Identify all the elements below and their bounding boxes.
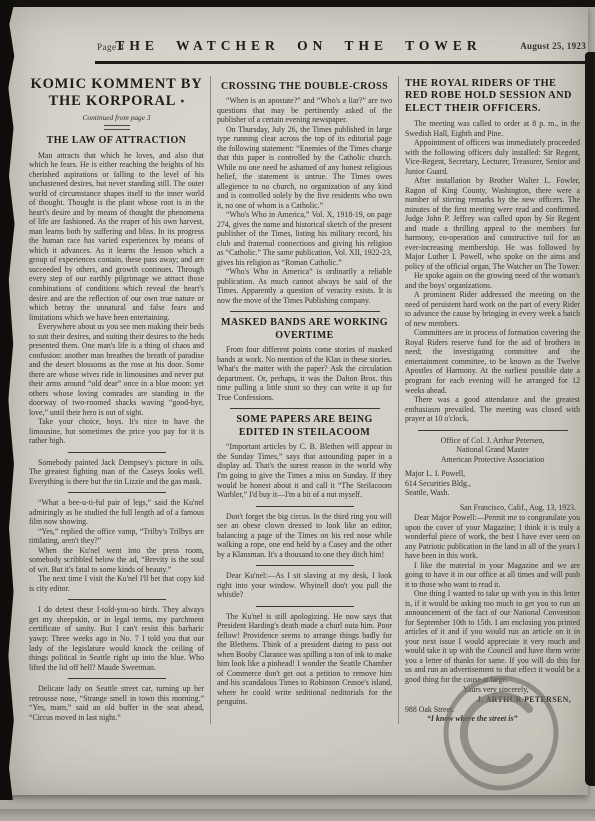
paragraph: Appointment of officers was immediately … (405, 138, 580, 176)
paragraph: Dear Ku'nel:—As I sit slaving at my desk… (217, 571, 392, 600)
section-divider (68, 678, 166, 679)
paragraph: From four different points come stories … (217, 345, 392, 402)
scan-edge-right (585, 52, 595, 786)
section-heading-royal-riders: THE ROYAL RIDERS OF THE RED ROBE HOLD SE… (405, 78, 580, 117)
section-divider (230, 311, 380, 312)
column-right: THE ROYAL RIDERS OF THE RED ROBE HOLD SE… (398, 76, 586, 724)
letter-paragraph: I like the material in your Magazine and… (405, 561, 580, 590)
paragraph: There was a good attendance and the grea… (405, 395, 580, 424)
column-left: KOMIC KOMMENT BY THE KORPORAL● Continued… (23, 76, 210, 724)
section-divider (256, 506, 354, 507)
small-divider (104, 125, 130, 126)
paragraph: A prominent Rider addressed the meeting … (405, 290, 580, 328)
scanned-newspaper: Page 4 THE WATCHER ON THE TOWER August 2… (0, 0, 595, 821)
letter-office-line: National Grand Master (405, 445, 580, 455)
masthead-title: THE WATCHER ON THE TOWER (9, 38, 588, 54)
section-divider (230, 408, 380, 409)
section-divider (68, 599, 166, 600)
small-divider (104, 129, 130, 130)
scan-edge-top (0, 0, 595, 7)
paragraph: When the Ku'nel went into the press room… (29, 546, 204, 575)
paragraph: “Who's Who in America” is ordinarily a r… (217, 267, 392, 305)
letter-block: Office of Col. J. Arthur Petersen, Natio… (405, 436, 580, 724)
letter-signature: J. ARTHUR PETERSEN, (405, 695, 580, 705)
newspaper-page: Page 4 THE WATCHER ON THE TOWER August 2… (9, 6, 588, 795)
paragraph: “When is an apostate?” and “Who's a liar… (217, 96, 392, 125)
letter-addressee-line: Seattle, Wash. (405, 488, 580, 498)
letter-street: 988 Oak Street. (405, 705, 580, 715)
section-divider (418, 430, 568, 431)
issue-date: August 25, 1923 (520, 41, 586, 51)
column-container: KOMIC KOMMENT BY THE KORPORAL● Continued… (23, 76, 586, 724)
paragraph: Man attracts that which he loves, and al… (29, 151, 204, 322)
section-heading-masked-bands: MASKED BANDS ARE WORKING OVERTIME (217, 317, 392, 342)
paragraph: Delicate lady on Seattle street car, tur… (29, 684, 204, 722)
section-divider (68, 452, 166, 453)
section-divider (68, 492, 166, 493)
column-middle: CROSSING THE DOUBLE-CROSS “When is an ap… (210, 76, 398, 724)
paragraph: I do detest these I-told-you-so birds. T… (29, 605, 204, 672)
article-title-line1: KOMIC KOMMENT BY (30, 76, 202, 92)
paragraph: Somebody painted Jack Dempsey's picture … (29, 458, 204, 487)
continued-note: Continued from page 3 (29, 113, 204, 122)
header-rule (95, 61, 586, 64)
letter-paragraph: One thing I wanted to take up with you i… (405, 589, 580, 684)
paragraph: “What a bee-u-ti-ful pair of legs,” said… (29, 498, 204, 527)
section-heading-crossing-double-cross: CROSSING THE DOUBLE-CROSS (217, 81, 392, 94)
letter-tagline: “I know where the street is” (405, 714, 580, 724)
paragraph: “Important articles by C. B. Blethen wil… (217, 442, 392, 499)
paragraph: “Yes,” replied the office vamp, “Trilby'… (29, 527, 204, 546)
page-header: Page 4 THE WATCHER ON THE TOWER August 2… (9, 36, 588, 60)
paragraph: Don't forget the big circus. In the thir… (217, 512, 392, 560)
paragraph: He spoke again on the growing need of th… (405, 271, 580, 290)
letter-closing: Yaurs very sincerely, (405, 685, 580, 695)
section-heading-steilacoom: SOME PAPERS ARE BEING EDITED IN STEILACO… (217, 414, 392, 439)
paragraph: Take your choice, boys. It's nice to hav… (29, 417, 204, 446)
scan-edge-bottom (0, 809, 595, 821)
paragraph: After installation by Brother Walter L. … (405, 176, 580, 271)
section-divider (256, 565, 354, 566)
letter-addressee-line: 614 Securities Bldg., (405, 479, 580, 489)
ink-mark: ● (180, 97, 184, 105)
paragraph: The Ku'nel is still apologizing. He now … (217, 612, 392, 707)
letter-office-line: American Protective Association (405, 455, 580, 465)
paragraph: Committees are in process of formation c… (405, 328, 580, 395)
paragraph: “Who's Who in America,” Vol. X, 1918-19,… (217, 210, 392, 267)
section-divider (256, 606, 354, 607)
letter-dateline: San Francisco, Calif., Aug. 13, 1923. (405, 503, 580, 513)
article-title-komic-komment: KOMIC KOMMENT BY THE KORPORAL● (29, 76, 204, 111)
letter-paragraph: Dear Major Powell:—Permit me to congratu… (405, 513, 580, 561)
paragraph: The meeting was called to order at 8 p. … (405, 119, 580, 138)
paragraph: The next time I visit the Ku'nel I'll be… (29, 574, 204, 593)
section-heading-law-of-attraction: THE LAW OF ATTRACTION (29, 135, 204, 148)
paragraph: Everywhere about us you see men making t… (29, 322, 204, 417)
letter-office-line: Office of Col. J. Arthur Petersen, (405, 436, 580, 446)
article-title-line2: THE KORPORAL (49, 93, 177, 109)
paragraph: On Thursday, July 26, the Times publishe… (217, 125, 392, 211)
letter-addressee-line: Major L. I. Powell, (405, 469, 580, 479)
